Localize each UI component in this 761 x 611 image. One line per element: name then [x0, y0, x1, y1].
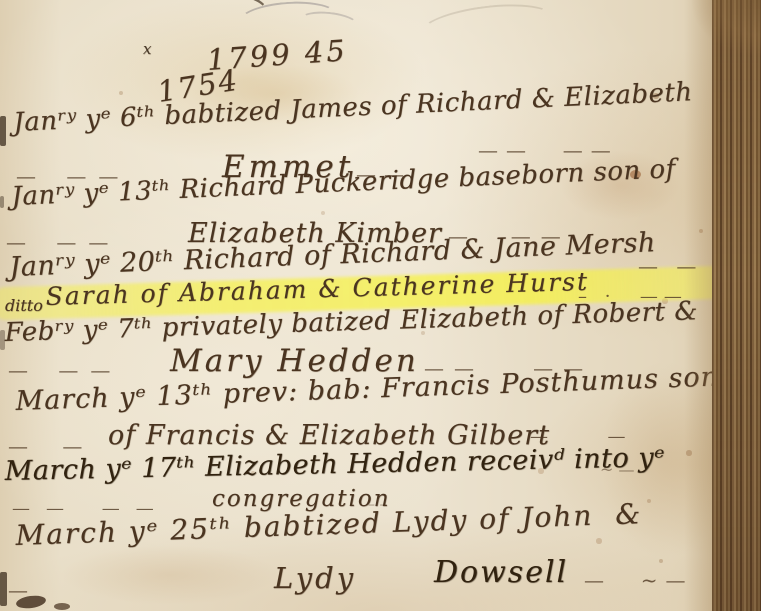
paper-stain — [60, 545, 280, 605]
ruled-filler-dashes: — — — [8, 436, 96, 456]
register-entry-continuation: Lydy — [274, 564, 356, 593]
bleed-through-scribble — [418, 0, 556, 52]
book-page-edges — [712, 0, 761, 611]
page-gutter-shadow — [684, 0, 712, 611]
page-edge-nick — [0, 572, 7, 606]
register-entry-line: March yᵉ 17ᵗʰ Elizabeth Hedden receivᵈ i… — [4, 444, 665, 485]
ruled-filler-dashes: — ~— — [584, 570, 693, 590]
register-entry-continuation: of Francis & Elizabeth Gilbert — [108, 422, 550, 449]
page-edge-nick — [0, 196, 4, 208]
ruled-filler-dashes: — —— — [8, 360, 122, 380]
page-edge-nick — [0, 116, 6, 146]
book-corner-shadow — [692, 0, 761, 56]
foxing-speckles — [0, 0, 2, 2]
register-entry-surname: Dowsell — [434, 558, 568, 588]
page-edge-nick — [0, 330, 5, 350]
ink-blot — [54, 603, 70, 610]
register-page-scan: x 1799 45 1754 Janʳʸ yᵉ 6ᵗʰ babtized Jam… — [0, 0, 761, 611]
stray-mark: x — [143, 42, 151, 57]
stray-marks: ~ — — [600, 462, 635, 478]
ditto-label: ditto — [5, 298, 43, 314]
